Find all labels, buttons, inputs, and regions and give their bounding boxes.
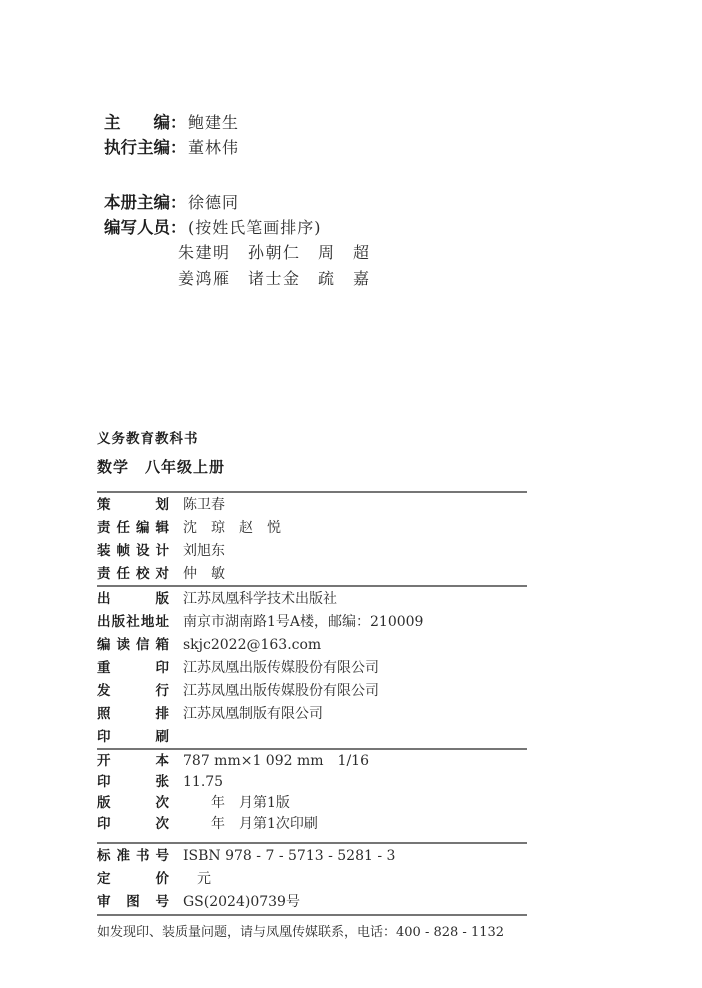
row-value: 江苏凤凰制版有限公司 [183,706,323,722]
staff-section: 策划陈卫春 责任编辑沈 琼 赵 悦 装帧设计刘旭东 责任校对仲 敏 [97,493,527,585]
row-label: 出版 [97,589,169,610]
copyright-page: 主编：鲍建生 执行主编：董林伟 本册主编：徐德同 编写人员：(按姓氏笔画排序) … [0,0,702,988]
volume-editor-label: 本册主编 [104,190,170,215]
publisher-row: 照排江苏凤凰制版有限公司 [97,702,527,725]
publisher-section: 出版江苏凤凰科学技术出版社 出版社地址南京市湖南路1号A楼，邮编：210009 … [97,587,527,748]
publisher-row: 印刷 [97,725,527,748]
chief-editor-label: 主编 [104,110,170,135]
volume-editor-row: 本册主编：徐德同 [104,190,564,215]
staff-row: 策划陈卫春 [97,493,527,516]
row-value: 年 月第1版 [183,795,290,811]
spacer [104,160,564,190]
row-label: 印刷 [97,727,169,748]
colon: ： [170,193,186,212]
printing-row: 印次 年 月第1次印刷 [97,813,527,834]
publisher-row: 编读信箱skjc2022@163.com [97,633,527,656]
row-value: 11.75 [183,774,223,790]
executive-editor-row: 执行主编：董林伟 [104,135,564,160]
row-value: 沈 琼 赵 悦 [183,520,281,536]
row-label: 责任校对 [97,564,169,585]
staff-row: 责任编辑沈 琼 赵 悦 [97,516,527,539]
chief-editor-row: 主编：鲍建生 [104,110,564,135]
row-label: 重印 [97,658,169,679]
row-label: 照排 [97,704,169,725]
row-label: 开本 [97,752,169,771]
colon: ： [170,218,186,237]
row-label: 标准书号 [97,846,169,867]
staff-row: 装帧设计刘旭东 [97,539,527,562]
colon: ： [170,113,186,132]
row-label: 出版社地址 [97,612,169,633]
writers-label: 编写人员 [104,215,170,240]
printing-row: 印张11.75 [97,771,527,792]
row-label: 审图号 [97,892,169,913]
row-label: 定价 [97,869,169,890]
row-label: 发行 [97,681,169,702]
printing-row: 开本787 mm×1 092 mm 1/16 [97,750,527,771]
quality-notice: 如发现印、装质量问题，请与凤凰传媒联系，电话：400 - 828 - 1132 [97,923,527,942]
row-value: 年 月第1次印刷 [183,816,318,832]
row-value: 陈卫春 [183,497,225,513]
row-label: 印张 [97,773,169,792]
row-label: 策划 [97,495,169,516]
writer-names-row: 姜鸿雁 诸士金 疏 嘉 [104,266,564,292]
row-value: 仲 敏 [183,566,225,582]
map-approval-row: 审图号GS(2024)0739号 [97,890,527,913]
publisher-row: 重印江苏凤凰出版传媒股份有限公司 [97,656,527,679]
executive-editor-label: 执行主编 [104,135,170,160]
row-value: 江苏凤凰出版传媒股份有限公司 [183,683,379,699]
staff-row: 责任校对仲 敏 [97,562,527,585]
colon: ： [170,138,186,157]
editors-block: 主编：鲍建生 执行主编：董林伟 本册主编：徐德同 编写人员：(按姓氏笔画排序) … [104,110,564,292]
price-row: 定价 元 [97,867,527,890]
isbn-row: 标准书号ISBN 978 - 7 - 5713 - 5281 - 3 [97,844,527,867]
row-label: 版次 [97,794,169,813]
publisher-row: 出版江苏凤凰科学技术出版社 [97,587,527,610]
isbn-section: 标准书号ISBN 978 - 7 - 5713 - 5281 - 3 定价 元 … [97,844,527,913]
row-value: 刘旭东 [183,543,225,559]
row-value: 南京市湖南路1号A楼，邮编：210009 [183,614,423,630]
series-title: 义务教育教科书 [97,430,527,448]
writer-names-row: 朱建明 孙朝仁 周 超 [104,240,564,266]
book-title: 数学 八年级上册 [97,457,527,477]
row-value: 江苏凤凰科学技术出版社 [183,591,337,607]
publisher-row: 出版社地址南京市湖南路1号A楼，邮编：210009 [97,610,527,633]
volume-editor-name: 徐德同 [188,193,239,212]
row-label: 责任编辑 [97,518,169,539]
writers-note: (按姓氏笔画排序) [188,218,322,237]
row-value: 787 mm×1 092 mm 1/16 [183,753,369,769]
row-label: 装帧设计 [97,541,169,562]
chief-editor-name: 鲍建生 [188,113,239,132]
executive-editor-name: 董林伟 [188,138,239,157]
row-value: 江苏凤凰出版传媒股份有限公司 [183,660,379,676]
row-value: ISBN 978 - 7 - 5713 - 5281 - 3 [183,848,395,864]
divider [97,914,527,916]
row-value: skjc2022@163.com [183,637,321,653]
row-value: GS(2024)0739号 [183,894,300,910]
row-label: 印次 [97,815,169,834]
writers-row: 编写人员：(按姓氏笔画排序) [104,215,564,240]
row-value: 元 [183,871,211,887]
printing-row: 版次 年 月第1版 [97,792,527,813]
row-label: 编读信箱 [97,635,169,656]
printing-section: 开本787 mm×1 092 mm 1/16 印张11.75 版次 年 月第1版… [97,750,527,834]
publisher-row: 发行江苏凤凰出版传媒股份有限公司 [97,679,527,702]
colophon-block: 义务教育教科书 数学 八年级上册 策划陈卫春 责任编辑沈 琼 赵 悦 装帧设计刘… [97,430,527,942]
